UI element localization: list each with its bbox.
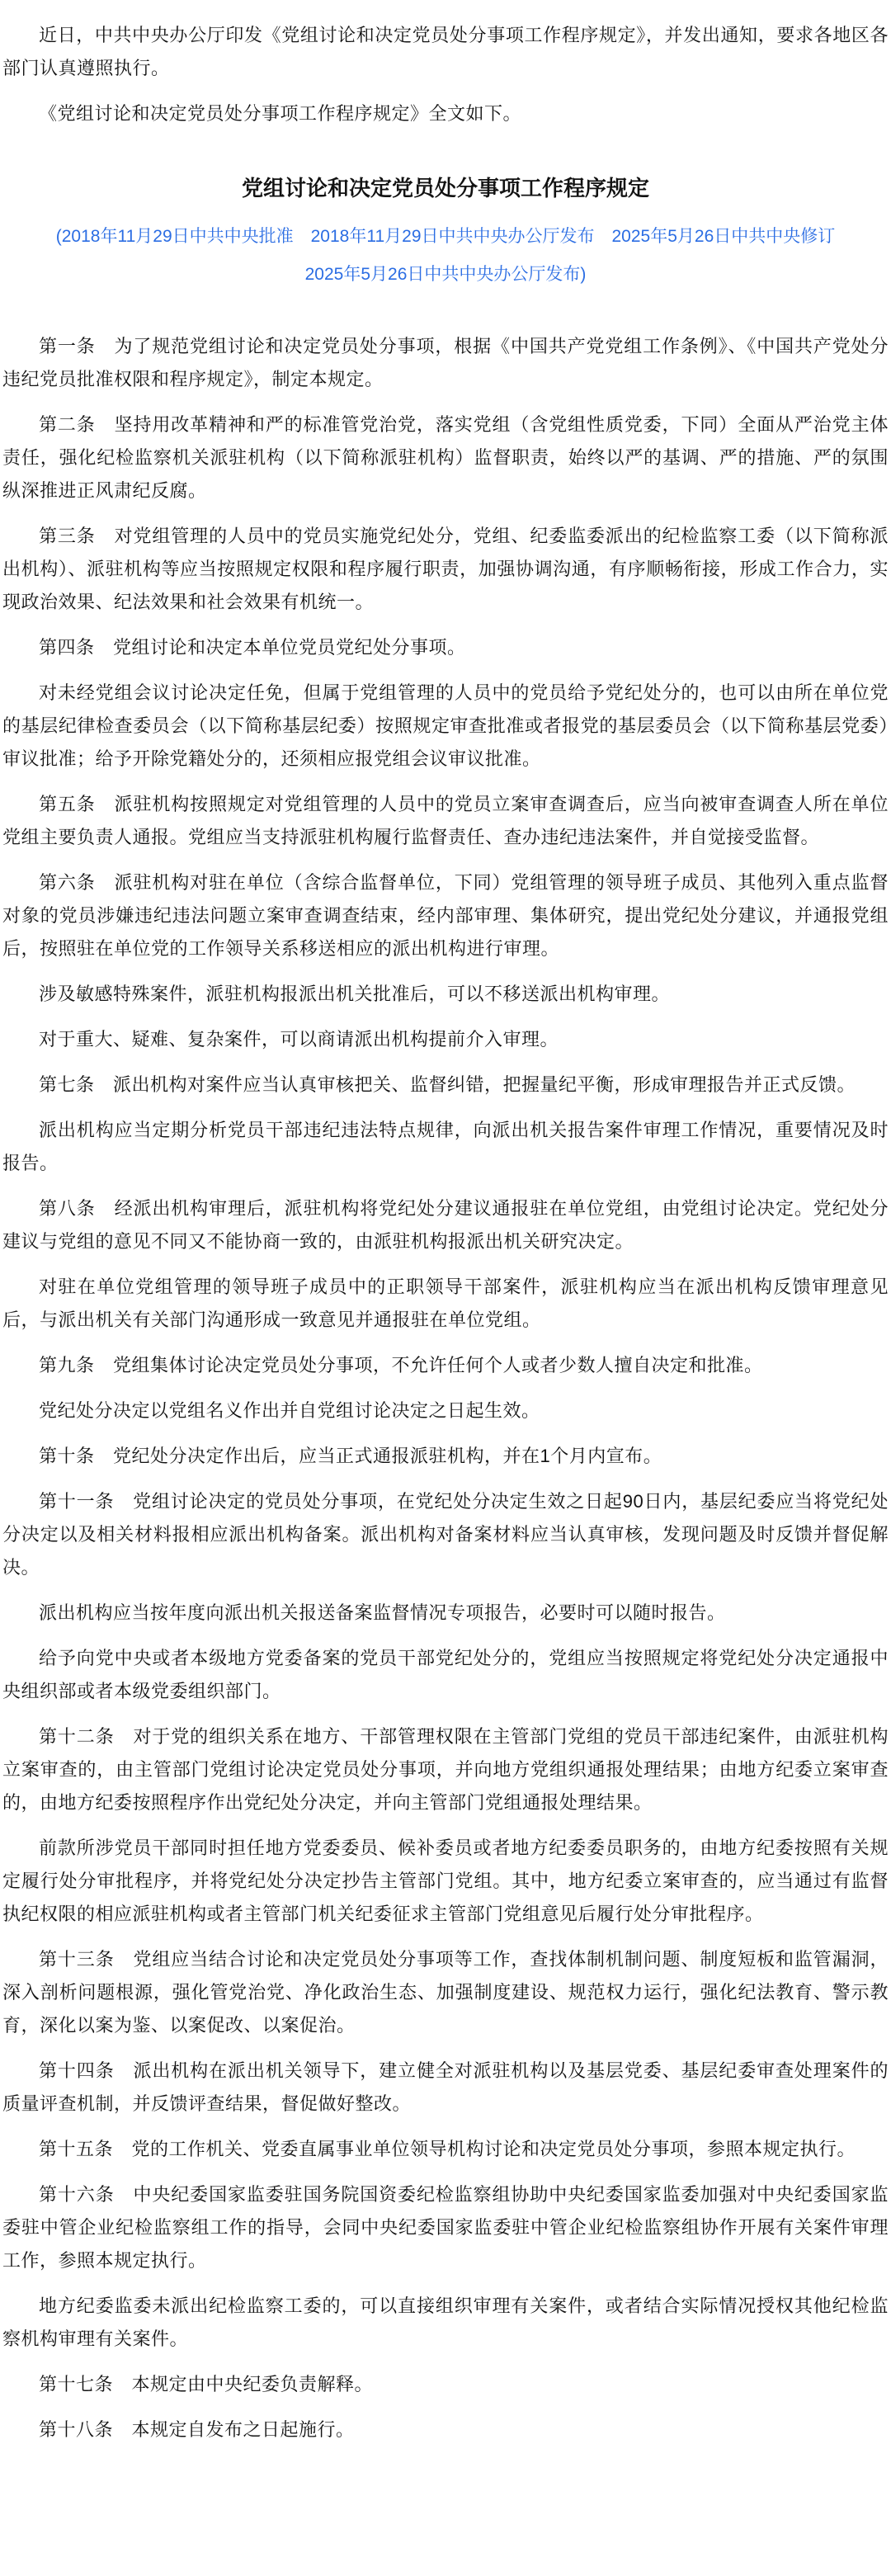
document-body: 近日，中共中央办公厅印发《党组讨论和决定党员处分事项工作程序规定》，并发出通知，… — [0, 0, 891, 2492]
article-paragraph: 给予向党中央或者本级地方党委备案的党员干部党纪处分的，党组应当按照规定将党纪处分… — [2, 1642, 889, 1708]
intro-paragraph: 近日，中共中央办公厅印发《党组讨论和决定党员处分事项工作程序规定》，并发出通知，… — [2, 19, 889, 85]
article-paragraph: 对未经党组会议讨论决定任免，但属于党组管理的人员中的党员给予党纪处分的，也可以由… — [2, 677, 889, 776]
article-paragraph: 第七条 派出机构对案件应当认真审核把关、监督纠错，把握量纪平衡，形成审理报告并正… — [2, 1069, 889, 1102]
article-paragraph: 第十八条 本规定自发布之日起施行。 — [2, 2413, 889, 2446]
article-paragraph: 第四条 党组讨论和决定本单位党员党纪处分事项。 — [2, 631, 889, 664]
article-paragraph: 对于重大、疑难、复杂案件，可以商请派出机构提前介入审理。 — [2, 1023, 889, 1056]
article-paragraph: 党纪处分决定以党组名义作出并自党组讨论决定之日起生效。 — [2, 1394, 889, 1427]
meta-line: (2018年11月29日中共中央批准 2018年11月29日中共中央办公厅发布 … — [2, 218, 889, 256]
article-paragraph: 第六条 派驻机构对驻在单位（含综合监督单位，下同）党组管理的领导班子成员、其他列… — [2, 866, 889, 965]
regulation-text: 第一条 为了规范党组讨论和决定党员处分事项，根据《中国共产党党组工作条例》、《中… — [2, 330, 889, 2446]
article-paragraph: 前款所涉党员干部同时担任地方党委委员、候补委员或者地方纪委委员职务的，由地方纪委… — [2, 1832, 889, 1931]
article-paragraph: 第二条 坚持用改革精神和严的标准管党治党，落实党组（含党组性质党委，下同）全面从… — [2, 408, 889, 507]
article-paragraph: 第十一条 党组讨论决定的党员处分事项，在党纪处分决定生效之日起90日内，基层纪委… — [2, 1485, 889, 1584]
article-paragraph: 涉及敏感特殊案件，派驻机构报派出机关批准后，可以不移送派出机构审理。 — [2, 978, 889, 1011]
meta-line: 2025年5月26日中共中央办公厅发布) — [2, 256, 889, 294]
article-paragraph: 第八条 经派出机构审理后，派驻机构将党纪处分建议通报驻在单位党组，由党组讨论决定… — [2, 1192, 889, 1258]
article-paragraph: 派出机构应当定期分析党员干部违纪违法特点规律，向派出机关报告案件审理工作情况，重… — [2, 1114, 889, 1180]
article-paragraph: 第十六条 中央纪委国家监委驻国务院国资委纪检监察组协助中央纪委国家监委加强对中央… — [2, 2178, 889, 2277]
page-title: 党组讨论和决定党员处分事项工作程序规定 — [2, 173, 889, 203]
article-paragraph: 第十条 党纪处分决定作出后，应当正式通报派驻机构，并在1个月内宣布。 — [2, 1440, 889, 1473]
article-paragraph: 第一条 为了规范党组讨论和决定党员处分事项，根据《中国共产党党组工作条例》、《中… — [2, 330, 889, 396]
article-paragraph: 第十三条 党组应当结合讨论和决定党员处分事项等工作，查找体制机制问题、制度短板和… — [2, 1943, 889, 2042]
article-paragraph: 对驻在单位党组管理的领导班子成员中的正职领导干部案件，派驻机构应当在派出机构反馈… — [2, 1271, 889, 1337]
article-paragraph: 第五条 派驻机构按照规定对党组管理的人员中的党员立案审查调查后，应当向被审查调查… — [2, 788, 889, 854]
article-paragraph: 第十四条 派出机构在派出机关领导下，建立健全对派驻机构以及基层党委、基层纪委审查… — [2, 2055, 889, 2121]
article-paragraph: 第十五条 党的工作机关、党委直属事业单位领导机构讨论和决定党员处分事项，参照本规… — [2, 2133, 889, 2166]
article-paragraph: 派出机构应当按年度向派出机关报送备案监督情况专项报告，必要时可以随时报告。 — [2, 1597, 889, 1630]
publication-meta: (2018年11月29日中共中央批准 2018年11月29日中共中央办公厅发布 … — [2, 218, 889, 294]
article-paragraph: 第十七条 本规定由中央纪委负责解释。 — [2, 2368, 889, 2401]
article-paragraph: 第三条 对党组管理的人员中的党员实施党纪处分，党组、纪委监委派出的纪检监察工委（… — [2, 520, 889, 619]
article-paragraph: 地方纪委监委未派出纪检监察工委的，可以直接组织审理有关案件，或者结合实际情况授权… — [2, 2290, 889, 2356]
article-paragraph: 第九条 党组集体讨论决定党员处分事项，不允许任何个人或者少数人擅自决定和批准。 — [2, 1349, 889, 1382]
article-paragraph: 第十二条 对于党的组织关系在地方、干部管理权限在主管部门党组的党员干部违纪案件，… — [2, 1720, 889, 1819]
intro-paragraph: 《党组讨论和决定党员处分事项工作程序规定》全文如下。 — [2, 97, 889, 130]
